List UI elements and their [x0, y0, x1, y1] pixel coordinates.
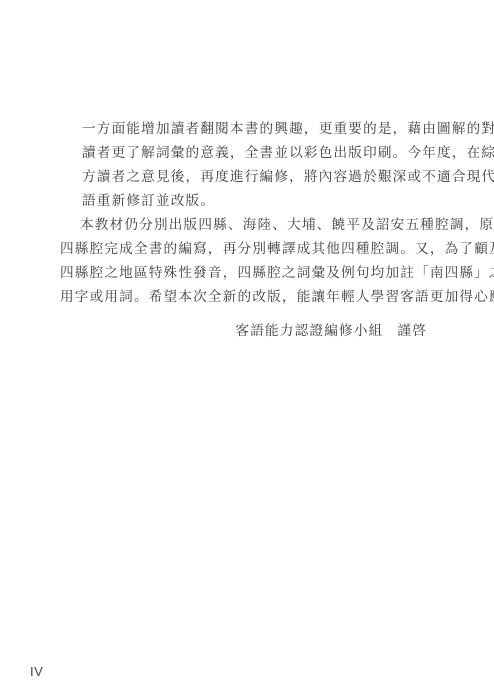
paragraph-edition-notes: 本教材仍分別出版四縣、海陸、大埔、饒平及詔安五種腔調，原則上仍先以 四縣腔完成全…	[60, 213, 430, 309]
text-line: 用字或用詞。希望本次全新的改版，能讓年輕人學習客語更加得心應手。	[60, 285, 430, 309]
document-page: 一方面能增加讀者翻閱本書的興趣，更重要的是，藉由圖解的對照，能讓 讀者更了解詞彙…	[0, 0, 494, 700]
text-line: 本教材仍分別出版四縣、海陸、大埔、饒平及詔安五種腔調，原則上仍先以	[60, 213, 430, 237]
text-line: 一方面能增加讀者翻閱本書的興趣，更重要的是，藉由圖解的對照，能讓	[82, 117, 428, 141]
page-number: IV	[30, 664, 43, 679]
text-line: 讀者更了解詞彙的意義，全書並以彩色出版印刷。今年度，在綜合彙整各	[82, 141, 428, 165]
text-line: 語重新修訂並改版。	[82, 189, 428, 213]
signature-closing: 謹啓	[397, 323, 427, 339]
text-line: 四縣腔之地區特殊性發音，四縣腔之詞彙及例句均加註「南四縣」之特殊發音、	[60, 261, 430, 285]
paragraph-continuation: 一方面能增加讀者翻閱本書的興趣，更重要的是，藉由圖解的對照，能讓 讀者更了解詞彙…	[82, 117, 428, 213]
text-line: 方讀者之意見後，再度進行編修，將內容過於艱深或不適合現代潮流之用	[82, 165, 428, 189]
signature-author: 客語能力認證編修小組	[235, 323, 383, 339]
text-line: 四縣腔完成全書的編寫，再分別轉譯成其他四種腔調。又，為了顧及南部地區	[60, 237, 430, 261]
signature: 客語能力認證編修小組謹啓	[235, 319, 427, 343]
